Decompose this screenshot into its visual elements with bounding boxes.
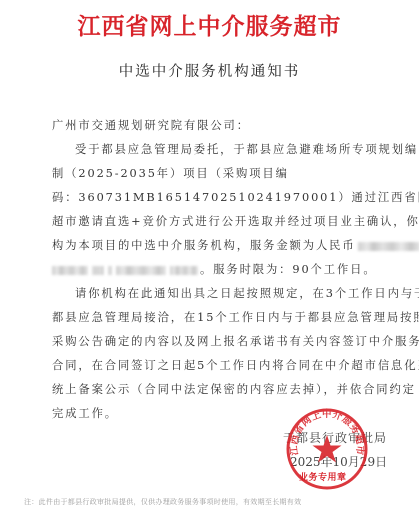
- paragraph-line: 受于都县应急管理局委托，于都县应急避难场所专项规划编: [52, 138, 367, 162]
- paragraph-line: 超市邀请直选+竞价方式进行公开选取并经过项目业主确认，你机: [52, 210, 367, 234]
- paragraph-line: 合同，在合同签订之日起5个工作日内将合同在中介超市信息化系: [52, 354, 367, 378]
- redacted-amount-cont: [52, 266, 88, 275]
- notice-document: 江西省网上中介服务超市 中选中介服务机构通知书 广州市交通规划研究院有限公司： …: [0, 0, 419, 510]
- recipient-line: 广州市交通规划研究院有限公司：: [52, 114, 367, 138]
- stamp-bottom-label: 业务专用章: [299, 470, 347, 483]
- paragraph-line: 制（2025-2035年）项目（采购项目编: [52, 162, 367, 186]
- star-icon: [313, 435, 342, 463]
- redacted-amount-cont: [108, 266, 112, 275]
- footer-note: 注：此件由于都县行政审批局提供，仅供办理政务服务事项时使用，有效期至长期有效: [24, 497, 301, 507]
- amount-prefix-text: 构为本项目的中选中介服务机构，服务金额为人民币: [52, 239, 356, 252]
- redacted-amount-cont: [92, 266, 104, 275]
- redacted-amount-cont: [116, 266, 166, 275]
- redacted-amount: [358, 242, 419, 251]
- redacted-amount-cont: [170, 266, 198, 275]
- document-body: 广州市交通规划研究院有限公司： 受于都县应急管理局委托，于都县应急避难场所专项规…: [52, 114, 367, 426]
- paragraph-line: 请你机构在此通知出具之日起按照规定，在3个工作日内与于: [52, 282, 367, 306]
- document-header-title: 江西省网上中介服务超市: [0, 8, 419, 41]
- paragraph-line: 统上备案公示（合同中法定保密的内容应去掉），并依合同约定: [52, 378, 367, 402]
- paragraph-line: 。服务时限为：90个工作日。: [52, 258, 367, 282]
- document-subtitle: 中选中介服务机构通知书: [0, 60, 419, 81]
- paragraph-line: 码：360731MB16514702510241970001）通过江西省网上中介…: [52, 186, 367, 210]
- paragraph-line: 构为本项目的中选中介服务机构，服务金额为人民币: [52, 234, 367, 258]
- paragraph-line: 采购公告确定的内容以及网上报名承诺书有关内容签订中介服务: [52, 330, 367, 354]
- paragraph-line: 都县应急管理局接洽，在15个工作日内与于都县应急管理局按照: [52, 306, 367, 330]
- service-period-text: 。服务时限为：90个工作日。: [200, 263, 377, 276]
